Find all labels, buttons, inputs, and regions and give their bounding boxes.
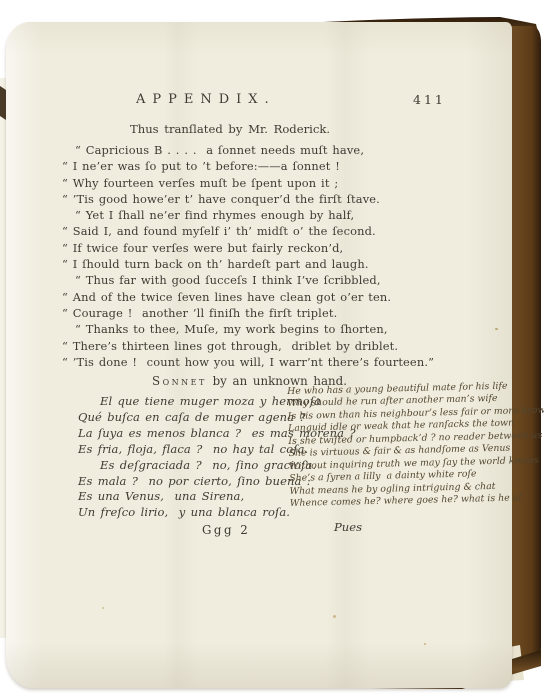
sonnet-line: “ ’Tis good howe’er t’ have conquer’d th… [62,191,434,207]
english-sonnet: “ Capricious B . . . . a ſonnet needs mu… [62,142,434,370]
foxing-speck [495,328,498,330]
foxing-speck [102,607,104,609]
sonnet-line: “ Yet I ſhall ne’er find rhymes enough b… [75,207,434,223]
page-number: 411 [413,92,446,107]
signature-mark: Ggg 2 [202,523,250,537]
sonnet-line: “ And of the twice ſeven lines have clea… [62,289,434,305]
sonnet-line: “ Thus far with good ſucceſs I think I’v… [75,272,434,288]
running-head: APPENDIX. 411 [6,92,512,110]
sonnet-line: “ I ne’er was ſo put to ’t before:——a ſo… [62,158,434,174]
sonnet-line: “ ’Tis done ! count how you will, I warr… [62,354,434,370]
handwritten-translation: He who has a young beautiful mate for hi… [287,380,544,511]
sonnet-line: “ Thanks to thee, Muſe, my work begins t… [75,321,434,337]
sonnet-line: “ Why fourteen verſes muſt be ſpent upon… [62,175,434,191]
sonnet-line: “ If twice four verſes were but fairly r… [62,240,434,256]
translation-caption: Thus tranſlated by Mr. Roderick. [130,122,330,136]
sonnet-line: “ Said I, and found myſelf i’ th’ midſt … [62,223,434,239]
sonnet-line: “ There’s thirteen lines got through, dr… [62,338,434,354]
sonnet-heading-word: Sonnet [152,374,207,388]
foxing-speck [333,615,336,618]
sonnet-line: “ Capricious B . . . . a ſonnet needs mu… [75,142,434,158]
running-head-title: APPENDIX. [136,92,276,107]
book-page: APPENDIX. 411 Thus tranſlated by Mr. Rod… [6,22,512,688]
sonnet-line: “ Courage ! another ’ll finiſh the firſt… [62,305,434,321]
catchword: Pues [334,520,362,534]
foxing-speck [424,643,426,645]
sonnet-line: “ I ſhould turn back on th’ hardeſt part… [62,256,434,272]
